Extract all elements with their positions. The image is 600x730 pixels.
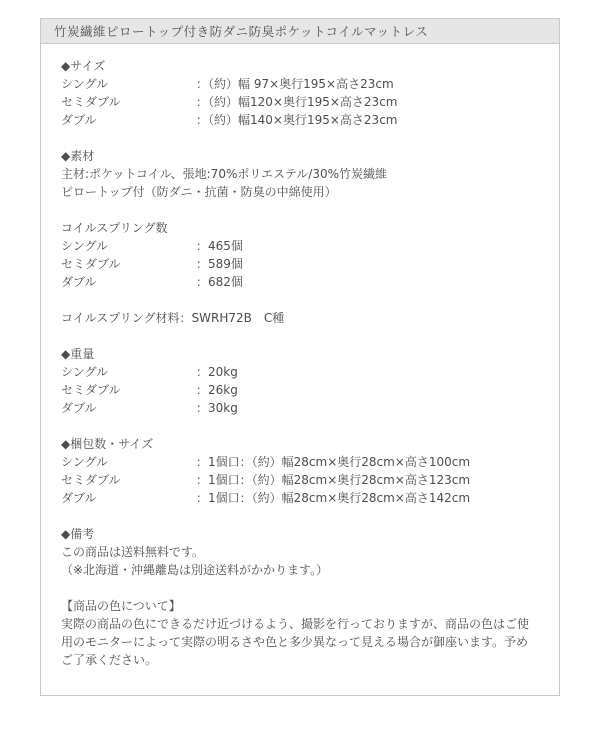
product-spec-panel: 竹炭繊維ピロートップ付き防ダニ防臭ポケットコイルマットレス ◆サイズ シングル … xyxy=(40,18,560,696)
weight-row-semidouble: セミダブル ：26kg xyxy=(61,381,539,399)
coil-count-row-single: シングル ：465個 xyxy=(61,237,539,255)
spacer xyxy=(61,417,539,435)
coil-count-row-value: ：465個 xyxy=(196,237,243,255)
color-note-body: 実際の商品の色にできるだけ近づけるよう、撮影を行っておりますが、商品の色はご使用… xyxy=(61,615,539,669)
coil-count-row-value: ：589個 xyxy=(196,255,243,273)
product-title: 竹炭繊維ピロートップ付き防ダニ防臭ポケットコイルマットレス xyxy=(54,24,428,39)
coil-count-row-label: シングル xyxy=(61,237,196,255)
material-section-heading: ◆素材 xyxy=(61,147,539,165)
packaging-row-value: ：1個口：（約）幅28cm×奥行28cm×高さ142cm xyxy=(196,489,470,507)
weight-row-value: ：30kg xyxy=(196,399,238,417)
weight-row-label: シングル xyxy=(61,363,196,381)
spacer xyxy=(61,129,539,147)
size-section-heading: ◆サイズ xyxy=(61,57,539,75)
coil-count-row-label: セミダブル xyxy=(61,255,196,273)
size-row-label: ダブル xyxy=(61,111,196,129)
weight-row-value: ：20kg xyxy=(196,363,238,381)
notes-section-heading: ◆備考 xyxy=(61,525,539,543)
packaging-row-label: シングル xyxy=(61,453,196,471)
weight-section-heading: ◆重量 xyxy=(61,345,539,363)
notes-line-2: （※北海道・沖縄離島は別途送料がかかります。） xyxy=(61,561,539,579)
packaging-section-heading: ◆梱包数・サイズ xyxy=(61,435,539,453)
packaging-row-label: ダブル xyxy=(61,489,196,507)
spacer xyxy=(61,291,539,309)
product-spec-body: ◆サイズ シングル ：（約）幅 97×奥行195×高さ23cm セミダブル ：（… xyxy=(41,44,559,695)
coil-count-row-double: ダブル ：682個 xyxy=(61,273,539,291)
weight-row-label: セミダブル xyxy=(61,381,196,399)
spacer xyxy=(61,201,539,219)
packaging-row-label: セミダブル xyxy=(61,471,196,489)
coil-material-line: コイルスプリング材料：SWRH72B C種 xyxy=(61,309,539,327)
packaging-row-semidouble: セミダブル ：1個口：（約）幅28cm×奥行28cm×高さ123cm xyxy=(61,471,539,489)
weight-row-single: シングル ：20kg xyxy=(61,363,539,381)
material-line-1: 主材:ポケットコイル、張地:70%ポリエステル/30%竹炭繊維 xyxy=(61,165,539,183)
packaging-row-value: ：1個口：（約）幅28cm×奥行28cm×高さ100cm xyxy=(196,453,470,471)
size-row-value: ：（約）幅120×奥行195×高さ23cm xyxy=(196,93,397,111)
size-row-value: ：（約）幅140×奥行195×高さ23cm xyxy=(196,111,397,129)
spacer xyxy=(61,579,539,597)
spacer xyxy=(61,327,539,345)
size-row-single: シングル ：（約）幅 97×奥行195×高さ23cm xyxy=(61,75,539,93)
material-line-2: ピロートップ付（防ダニ・抗菌・防臭の中綿使用） xyxy=(61,183,539,201)
coil-count-row-value: ：682個 xyxy=(196,273,243,291)
coil-count-row-semidouble: セミダブル ：589個 xyxy=(61,255,539,273)
color-note-heading: 【商品の色について】 xyxy=(61,597,539,615)
coil-count-row-label: ダブル xyxy=(61,273,196,291)
notes-line-1: この商品は送料無料です。 xyxy=(61,543,539,561)
size-row-double: ダブル ：（約）幅140×奥行195×高さ23cm xyxy=(61,111,539,129)
packaging-row-value: ：1個口：（約）幅28cm×奥行28cm×高さ123cm xyxy=(196,471,470,489)
size-row-semidouble: セミダブル ：（約）幅120×奥行195×高さ23cm xyxy=(61,93,539,111)
size-row-label: セミダブル xyxy=(61,93,196,111)
weight-row-label: ダブル xyxy=(61,399,196,417)
packaging-row-double: ダブル ：1個口：（約）幅28cm×奥行28cm×高さ142cm xyxy=(61,489,539,507)
size-row-value: ：（約）幅 97×奥行195×高さ23cm xyxy=(196,75,394,93)
packaging-row-single: シングル ：1個口：（約）幅28cm×奥行28cm×高さ100cm xyxy=(61,453,539,471)
coil-count-section-heading: コイルスプリング数 xyxy=(61,219,539,237)
weight-row-value: ：26kg xyxy=(196,381,238,399)
spacer xyxy=(61,507,539,525)
size-row-label: シングル xyxy=(61,75,196,93)
product-title-bar: 竹炭繊維ピロートップ付き防ダニ防臭ポケットコイルマットレス xyxy=(41,19,559,44)
weight-row-double: ダブル ：30kg xyxy=(61,399,539,417)
